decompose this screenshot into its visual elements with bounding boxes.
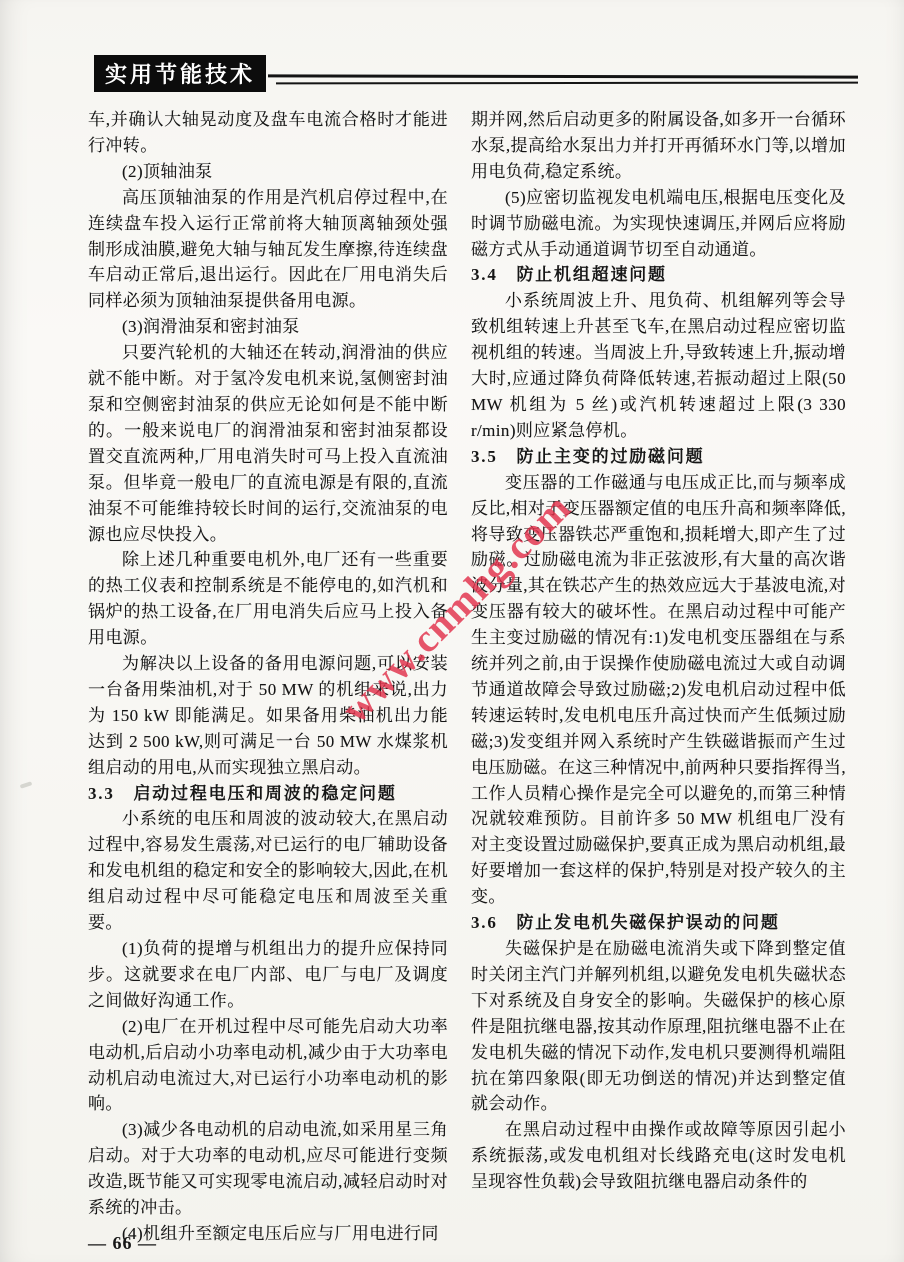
paragraph: 在黑启动过程中由操作或故障等原因引起小系统振荡,或发电机组对长线路充电(这时发电… (471, 1117, 846, 1195)
paragraph: 小系统周波上升、甩负荷、机组解列等会导致机组转速上升甚至飞车,在黑启动过程应密切… (471, 288, 846, 443)
left-column: 车,并确认大轴晃动度及盘车电流合格时才能进行冲转。(2)顶轴油泵高压顶轴油泵的作… (88, 107, 448, 1247)
paragraph: 为解决以上设备的备用电源问题,可以安装一台备用柴油机,对于 50 MW 的机组来… (88, 651, 448, 781)
page-footer: — 66 — (88, 1233, 157, 1254)
section-heading: 3.4 防止机组超速问题 (471, 262, 846, 288)
right-column: 期并网,然后启动更多的附属设备,如多开一台循环水泵,提高给水泵出力并打开再循环水… (471, 107, 846, 1195)
paragraph: 除上述几种重要电机外,电厂还有一些重要的热工仪表和控制系统是不能停电的,如汽机和… (88, 547, 448, 651)
paragraph: 期并网,然后启动更多的附属设备,如多开一台循环水泵,提高给水泵出力并打开再循环水… (471, 107, 846, 185)
paragraph: 高压顶轴油泵的作用是汽机启停过程中,在连续盘车投入运行正常前将大轴顶离轴颈处强制… (88, 185, 448, 315)
header-rule-thick (268, 74, 858, 78)
page-number: — 66 — (88, 1233, 157, 1253)
paragraph: (3)润滑油泵和密封油泵 (88, 314, 448, 340)
paragraph: 只要汽轮机的大轴还在转动,润滑油的供应就不能中断。对于氢冷发电机来说,氢侧密封油… (88, 340, 448, 547)
paragraph: 车,并确认大轴晃动度及盘车电流合格时才能进行冲转。 (88, 107, 448, 159)
scanned-journal-page: 实用节能技术 车,并确认大轴晃动度及盘车电流合格时才能进行冲转。(2)顶轴油泵高… (0, 0, 904, 1262)
paragraph: 变压器的工作磁通与电压成正比,而与频率成反比,相对于变压器额定值的电压升高和频率… (471, 470, 846, 910)
section-banner: 实用节能技术 (94, 55, 266, 92)
scan-artifact (20, 781, 33, 789)
paragraph: 小系统的电压和周波的波动较大,在黑启动过程中,容易发生震荡,对已运行的电厂辅助设… (88, 806, 448, 936)
paragraph: (1)负荷的提增与机组出力的提升应保持同步。这就要求在电厂内部、电厂与电厂及调度… (88, 936, 448, 1014)
paragraph: 失磁保护是在励磁电流消失或下降到整定值时关闭主汽门并解列机组,以避免发电机失磁状… (471, 936, 846, 1117)
header-rule-thin (276, 82, 858, 85)
banner-label: 实用节能技术 (105, 58, 255, 89)
paragraph: (3)减少各电动机的启动电流,如采用星三角启动。对于大功率的电动机,应尽可能进行… (88, 1117, 448, 1221)
paragraph: (2)顶轴油泵 (88, 159, 448, 185)
section-heading: 3.5 防止主变的过励磁问题 (471, 444, 846, 470)
paragraph: (2)电厂在开机过程中尽可能先启动大功率电动机,后启动小功率电动机,减少由于大功… (88, 1014, 448, 1118)
section-heading: 3.3 启动过程电压和周波的稳定问题 (88, 781, 448, 807)
paragraph: (5)应密切监视发电机端电压,根据电压变化及时调节励磁电流。为实现快速调压,并网… (471, 185, 846, 263)
section-heading: 3.6 防止发电机失磁保护误动的问题 (471, 910, 846, 936)
